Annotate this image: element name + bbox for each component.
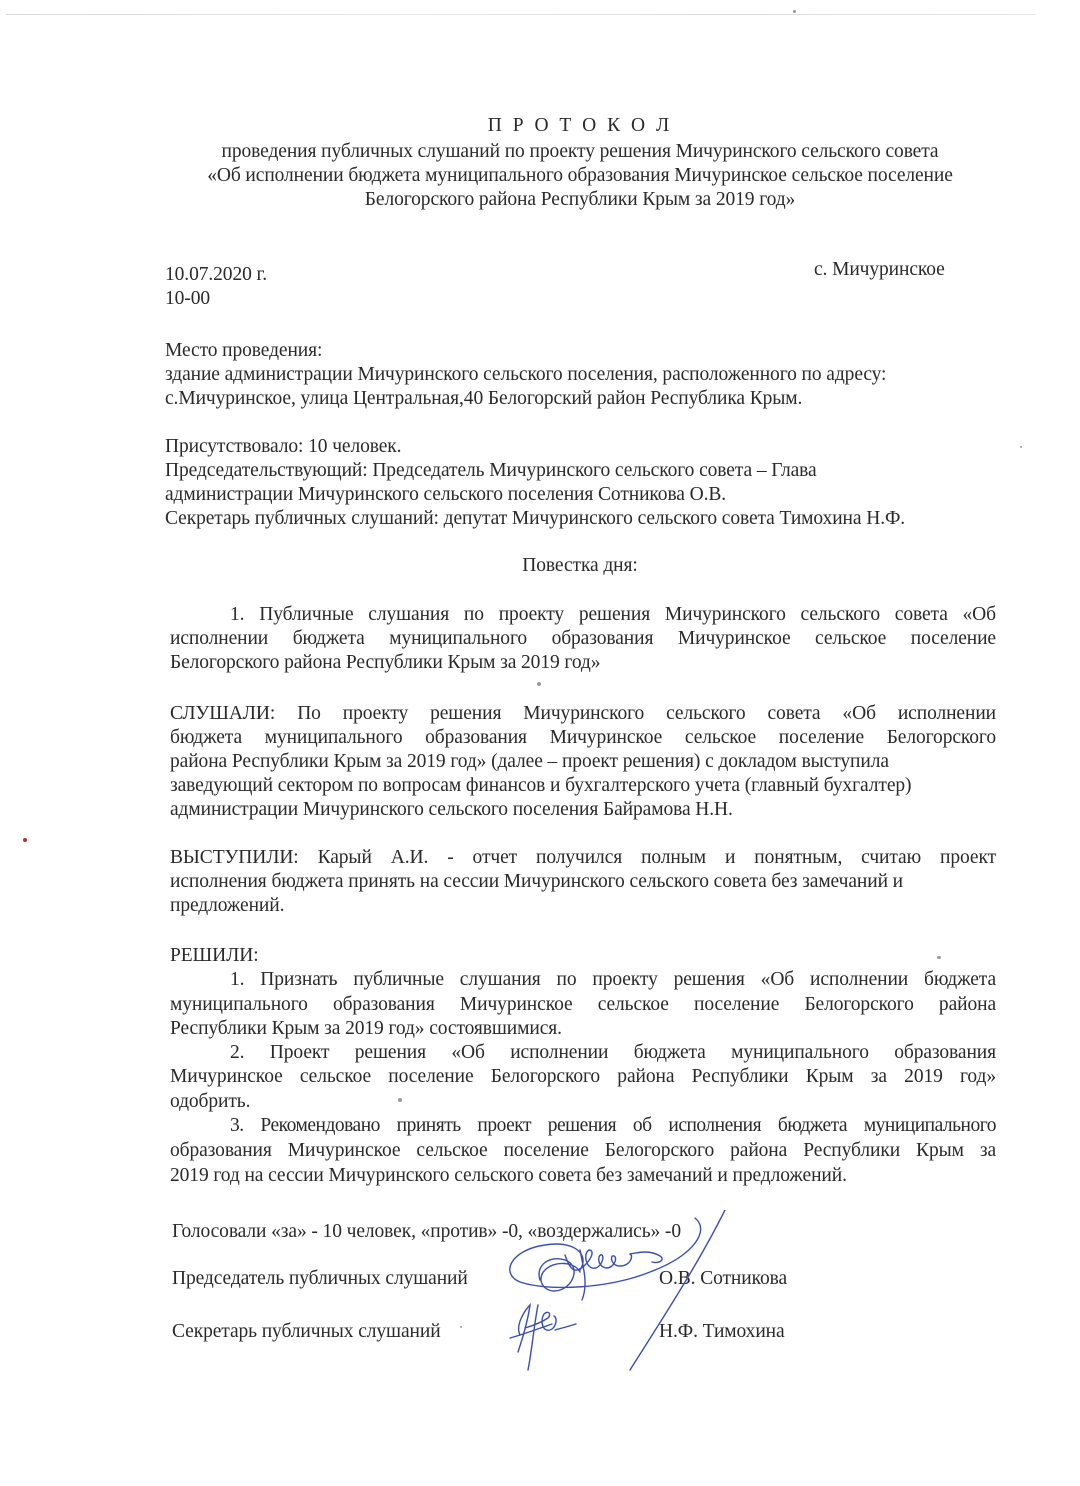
heard-line: бюджета муниципального образования Мичур… xyxy=(170,727,996,749)
decision-3-line: образования Мичуринское сельское поселен… xyxy=(170,1140,996,1162)
scan-speck xyxy=(460,1326,462,1328)
heard-line: заведующий сектором по вопросам финансов… xyxy=(170,775,911,797)
scan-speck xyxy=(398,1098,402,1102)
spoke-line: ВЫСТУПИЛИ: Карый А.И. - отчет получился … xyxy=(170,847,996,869)
agenda-item-line: исполнении бюджета муниципального образо… xyxy=(170,628,996,650)
chair-signature-name: О.В. Сотникова xyxy=(659,1268,787,1290)
venue-line: с.Мичуринское, улица Центральная,40 Бело… xyxy=(165,388,802,410)
meeting-date: 10.07.2020 г. xyxy=(165,264,267,286)
decision-3-line: 2019 год на сессии Мичуринского сельског… xyxy=(170,1165,847,1187)
spoke-line: исполнения бюджета принять на сессии Мич… xyxy=(170,871,903,893)
scan-speck xyxy=(23,838,27,842)
decision-3-line: 3. Рекомендовано принять проект решения … xyxy=(230,1115,996,1137)
scan-speck xyxy=(1020,446,1022,448)
meeting-village: с. Мичуринское xyxy=(814,259,945,281)
chair-line: администрации Мичуринского сельского пос… xyxy=(165,484,726,506)
attendance-count: Присутствовало: 10 человек. xyxy=(165,436,401,458)
document-title: П Р О Т О К О Л xyxy=(160,115,1000,137)
scan-speck xyxy=(793,10,796,13)
vote-result: Голосовали «за» - 10 человек, «против» -… xyxy=(172,1221,681,1243)
secretary-signature-name: Н.Ф. Тимохина xyxy=(659,1321,785,1343)
decision-1-line: муниципального образования Мичуринское с… xyxy=(170,994,996,1016)
venue-line: здание администрации Мичуринского сельск… xyxy=(165,364,886,386)
secretary-line: Секретарь публичных слушаний: депутат Ми… xyxy=(165,508,905,530)
decision-2-line: Мичуринское сельское поселение Белогорск… xyxy=(170,1066,996,1088)
agenda-item-line: 1. Публичные слушания по проекту решения… xyxy=(230,604,996,626)
heard-line: администрации Мичуринского сельского пос… xyxy=(170,799,733,821)
chair-signature-role: Председатель публичных слушаний xyxy=(172,1268,468,1290)
spoke-line: предложений. xyxy=(170,895,284,917)
decided-heading: РЕШИЛИ: xyxy=(170,945,259,967)
venue-label: Место проведения: xyxy=(165,340,322,362)
heard-line: района Республики Крым за 2019 год» (дал… xyxy=(170,751,889,773)
decision-2-line: 2. Проект решения «Об исполнении бюджета… xyxy=(230,1042,996,1064)
meeting-time: 10-00 xyxy=(165,288,210,310)
decision-1-line: 1. Признать публичные слушания по проект… xyxy=(230,969,996,991)
document-subtitle-line: Белогорского района Республики Крым за 2… xyxy=(160,189,1000,211)
agenda-item-line: Белогорского района Республики Крым за 2… xyxy=(170,652,600,674)
chair-line: Председательствующий: Председатель Мичур… xyxy=(165,460,817,482)
decision-1-line: Республики Крым за 2019 год» состоявшими… xyxy=(170,1018,562,1040)
scan-speck xyxy=(937,956,941,959)
agenda-heading: Повестка дня: xyxy=(160,555,1000,577)
scan-edge-line xyxy=(6,14,1036,15)
secretary-signature-role: Секретарь публичных слушаний xyxy=(172,1321,441,1343)
document-subtitle-line: проведения публичных слушаний по проекту… xyxy=(160,141,1000,163)
decision-2-line: одобрить. xyxy=(170,1091,250,1113)
document-subtitle-line: «Об исполнении бюджета муниципального об… xyxy=(160,165,1000,187)
heard-line: СЛУШАЛИ: По проекту решения Мичуринского… xyxy=(170,703,996,725)
scan-speck xyxy=(537,682,541,686)
